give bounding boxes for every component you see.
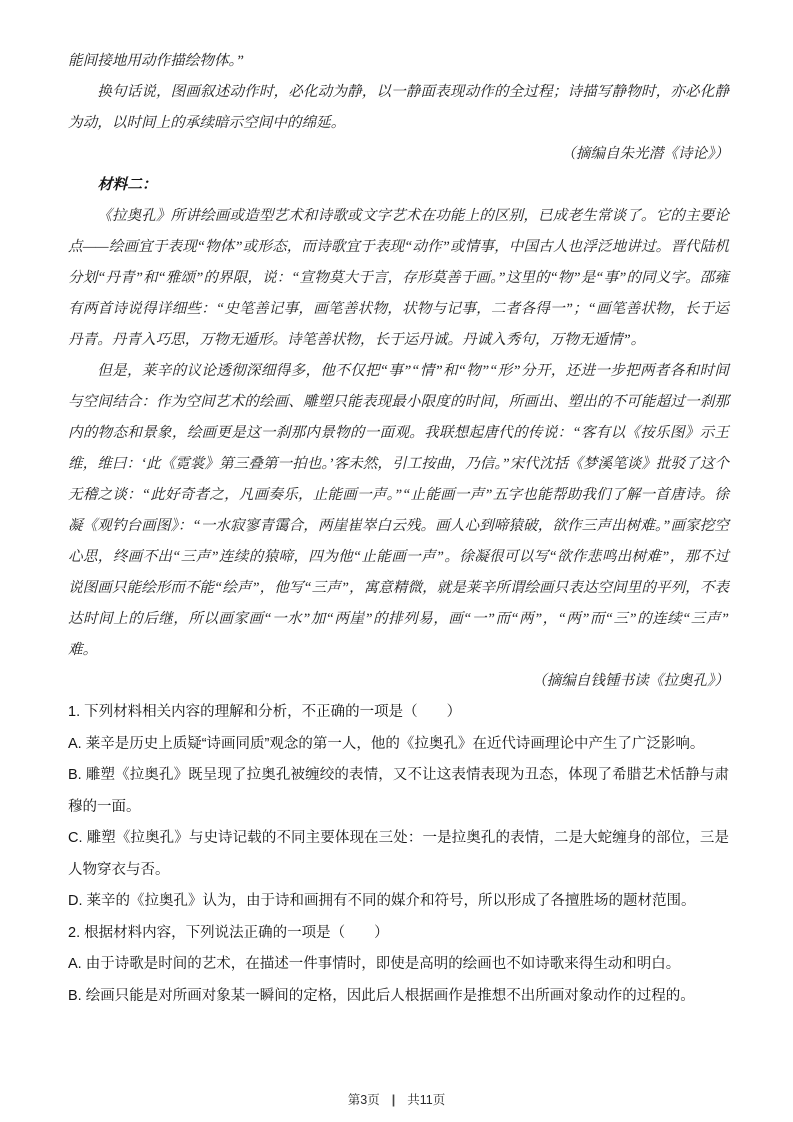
question-2-stem: 2. 根据材料内容，下列说法正确的一项是（ ） — [68, 918, 729, 950]
page-content: 能间接地用动作描绘物体。” 换句话说，图画叙述动作时，必化动为静，以一静面表现动… — [68, 46, 729, 1012]
footer-separator: | — [392, 1093, 396, 1107]
question-1-option-d: D. 莱辛的《拉奥孔》认为，由于诗和画拥有不同的媒介和符号，所以形成了各擅胜场的… — [68, 886, 729, 918]
material2-paragraph-1: 《拉奥孔》所讲绘画或造型艺术和诗歌或文字艺术在功能上的区别，已成老生常谈了。它的… — [68, 201, 729, 356]
page-footer: 第3页|共11页 — [0, 1090, 793, 1108]
material2-paragraph-2: 但是，莱辛的议论透彻深细得多，他不仅把“事”“情”和“物”“形”分开，还进一步把… — [68, 356, 729, 666]
question-2-option-b: B. 绘画只能是对所画对象某一瞬间的定格，因此后人根据画作是推想不出所画对象动作… — [68, 981, 729, 1013]
exam-page: 能间接地用动作描绘物体。” 换句话说，图画叙述动作时，必化动为静，以一静面表现动… — [0, 0, 793, 1122]
material1-paragraph: 换句话说，图画叙述动作时，必化动为静，以一静面表现动作的全过程；诗描写静物时，亦… — [68, 77, 729, 139]
footer-page-number: 第3页 — [348, 1093, 380, 1107]
question-2-option-a: A. 由于诗歌是时间的艺术，在描述一件事情时，即使是高明的绘画也不如诗歌来得生动… — [68, 949, 729, 981]
material1-attribution: （摘编自朱光潜《诗论》） — [68, 139, 729, 170]
material2-heading: 材料二： — [68, 170, 729, 201]
material2-attribution: （摘编自钱锺书读《拉奥孔》） — [68, 666, 729, 697]
footer-total-pages: 共11页 — [407, 1093, 445, 1107]
question-1-option-b: B. 雕塑《拉奥孔》既呈现了拉奥孔被缠绞的表情，又不让这表情表现为丑态，体现了希… — [68, 760, 729, 823]
material1-continuation-line: 能间接地用动作描绘物体。” — [68, 46, 729, 77]
question-1-option-c: C. 雕塑《拉奥孔》与史诗记载的不同主要体现在三处：一是拉奥孔的表情，二是大蛇缠… — [68, 823, 729, 886]
question-1-option-a: A. 莱辛是历史上质疑“诗画同质”观念的第一人，他的《拉奥孔》在近代诗画理论中产… — [68, 729, 729, 761]
question-1-stem: 1. 下列材料相关内容的理解和分析，不正确的一项是（ ） — [68, 697, 729, 729]
